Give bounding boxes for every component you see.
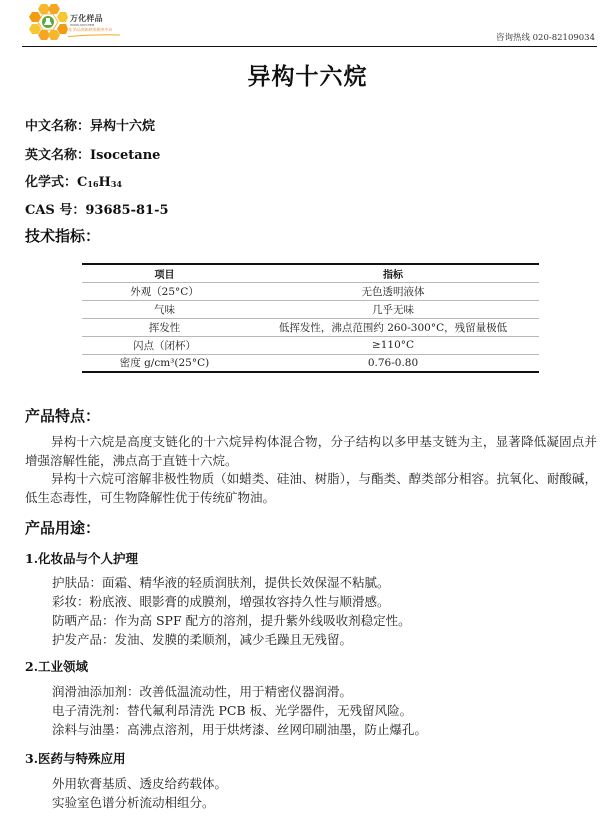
- honeycomb-logo-icon: [28, 3, 68, 41]
- formula-label: 化学式：: [25, 175, 77, 190]
- row-item: 密度 g/cm³(25°C): [82, 354, 247, 372]
- english-name-value: Isocetane: [90, 148, 160, 163]
- logo-slogan: 化学品创新研发服务平台: [68, 27, 112, 33]
- list-item: 护发产品：发油、发膜的柔顺剂，减少毛躁且无残留。: [52, 630, 411, 649]
- formula-c: C: [77, 175, 87, 190]
- list-item: 防晒产品：作为高 SPF 配方的溶剂，提升紫外线吸收剂稳定性。: [52, 611, 411, 630]
- english-name-line: 英文名称：Isocetane: [25, 144, 160, 163]
- row-spec: 0.76-0.80: [247, 354, 539, 372]
- formula-h-subscript: 34: [111, 179, 122, 189]
- list-item: 润滑油添加剂：改善低温流动性，用于精密仪器润滑。: [52, 682, 427, 701]
- page-header: 万化样品 WWW.ANYCHEM 化学品创新研发服务平台 咨询热线 020-82…: [0, 0, 615, 50]
- row-spec: 几乎无味: [247, 300, 539, 318]
- industrial-use-list: 润滑油添加剂：改善低温流动性，用于精密仪器润滑。 电子清洗剂：替代氟利昂清洗 P…: [52, 682, 427, 739]
- list-item: 实验室色谱分析流动相组分。: [52, 793, 227, 812]
- tech-spec-heading: 技术指标：: [25, 225, 100, 246]
- row-item: 挥发性: [82, 318, 247, 336]
- features-paragraph-2: 异构十六烷可溶解非极性物质（如蜡类、硅油、树脂），与酯类、醇类部分相容。抗氧化、…: [25, 470, 597, 507]
- applications-heading: 产品用途：: [25, 517, 100, 538]
- formula-line: 化学式：C16H34: [25, 171, 122, 190]
- row-item: 外观（25°C）: [82, 282, 247, 300]
- header-divider: [22, 46, 597, 47]
- chinese-name-label: 中文名称：: [25, 119, 90, 134]
- chinese-name-value: 异构十六烷: [90, 119, 155, 134]
- table-row: 气味 几乎无味: [82, 300, 539, 318]
- table-row: 闪点（闭杯） ≥110°C: [82, 336, 539, 354]
- page-title: 异构十六烷: [0, 58, 615, 91]
- row-item: 闪点（闭杯）: [82, 336, 247, 354]
- features-heading: 产品特点：: [25, 405, 100, 426]
- list-item: 外用软膏基质、透皮给药载体。: [52, 774, 227, 793]
- application-section-title: 1.化妆品与个人护理: [25, 549, 138, 567]
- list-item: 电子清洗剂：替代氟利昂清洗 PCB 板、光学器件，无残留风险。: [52, 701, 427, 720]
- cas-label: CAS 号：: [25, 203, 85, 218]
- row-item: 气味: [82, 300, 247, 318]
- table-row: 密度 g/cm³(25°C) 0.76-0.80: [82, 354, 539, 372]
- hotline-text: 咨询热线 020-82109034: [496, 31, 595, 43]
- row-spec: 低挥发性，沸点范围约 260-300°C，残留量极低: [247, 318, 539, 336]
- formula-h: H: [99, 175, 111, 190]
- column-header-item: 项目: [82, 264, 247, 282]
- column-header-spec: 指标: [247, 264, 539, 282]
- table-header-row: 项目 指标: [82, 264, 539, 282]
- table-row: 外观（25°C） 无色透明液体: [82, 282, 539, 300]
- cas-line: CAS 号：93685-81-5: [25, 199, 169, 218]
- application-section-title: 3.医药与特殊应用: [25, 749, 126, 767]
- list-item: 涂料与油墨：高沸点溶剂，用于烘烤漆、丝网印刷油墨，防止爆孔。: [52, 720, 427, 739]
- cas-value: 93685-81-5: [85, 203, 168, 218]
- table-row: 挥发性 低挥发性，沸点范围约 260-300°C，残留量极低: [82, 318, 539, 336]
- features-paragraph-1: 异构十六烷是高度支链化的十六烷异构体混合物，分子结构以多甲基支链为主，显著降低凝…: [25, 433, 597, 470]
- row-spec: ≥110°C: [247, 336, 539, 354]
- application-section-title: 2.工业领域: [25, 657, 88, 675]
- formula-c-subscript: 16: [87, 179, 98, 189]
- cosmetics-use-list: 护肤品：面霜、精华液的轻质润肤剂，提供长效保湿不粘腻。 彩妆：粉底液、眼影膏的成…: [52, 573, 411, 649]
- row-spec: 无色透明液体: [247, 282, 539, 300]
- list-item: 彩妆：粉底液、眼影膏的成膜剂，增强妆容持久性与顺滑感。: [52, 592, 411, 611]
- chinese-name-line: 中文名称：异构十六烷: [25, 115, 155, 134]
- medical-use-list: 外用软膏基质、透皮给药载体。 实验室色谱分析流动相组分。: [52, 774, 227, 812]
- english-name-label: 英文名称：: [25, 148, 90, 163]
- swoosh-icon: [68, 34, 120, 37]
- company-logo: 万化样品 WWW.ANYCHEM 化学品创新研发服务平台: [28, 3, 123, 41]
- list-item: 护肤品：面霜、精华液的轻质润肤剂，提供长效保湿不粘腻。: [52, 573, 411, 592]
- tech-spec-table: 项目 指标 外观（25°C） 无色透明液体 气味 几乎无味 挥发性 低挥发性，沸…: [82, 263, 539, 373]
